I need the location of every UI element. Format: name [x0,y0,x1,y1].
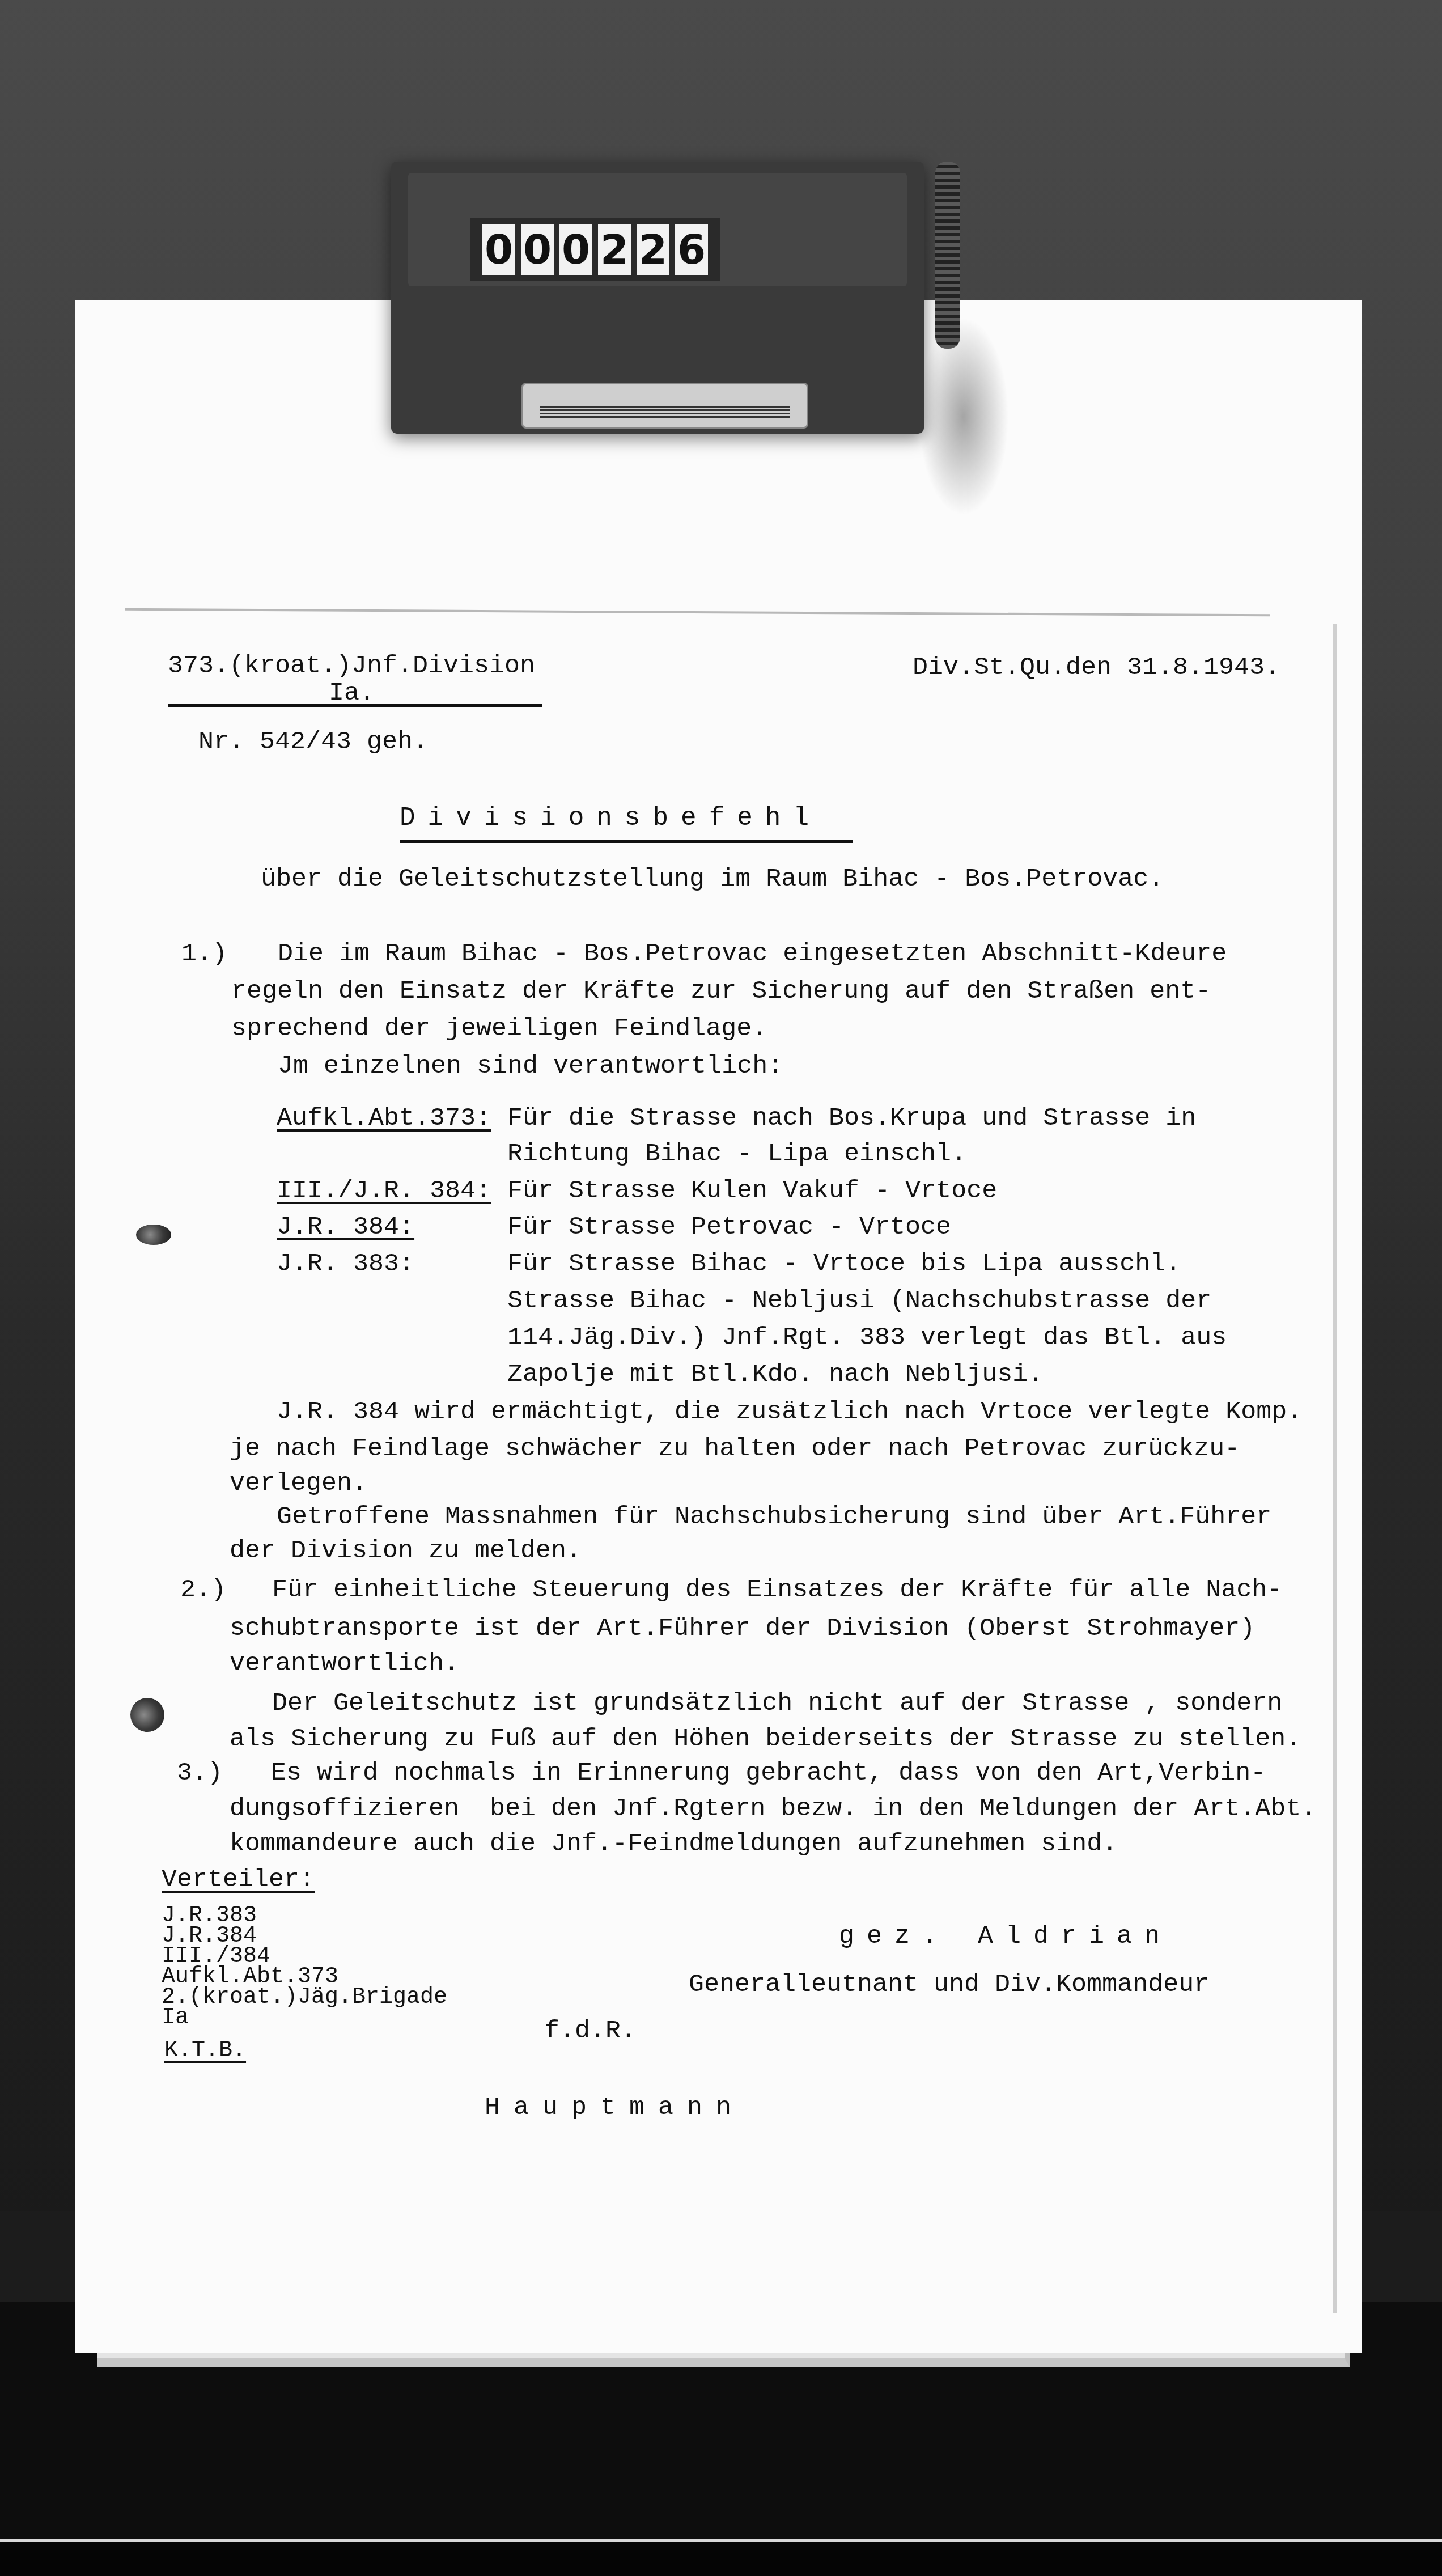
section-number: 2.) [180,1577,226,1603]
body-line: Die im Raum Bihac - Bos.Petrovac eingese… [278,941,1227,967]
responsibility-text: Für Strasse Petrovac - Vrtoce [507,1214,951,1240]
responsibility-text: Zapolje mit Btl.Kdo. nach Nebljusi. [507,1362,1043,1387]
responsibility-text: 114.Jäg.Div.) Jnf.Rgt. 383 verlegt das B… [507,1325,1227,1350]
counter-digit: 6 [675,224,708,275]
body-line: sprechend der jeweiligen Feindlage. [231,1016,767,1041]
responsibility-unit: Aufkl.Abt.373: [277,1105,491,1131]
counter-digit: 2 [598,224,631,275]
responsibility-text: Für Strasse Bihac - Vrtoce bis Lipa auss… [507,1251,1181,1277]
counter-digit: 0 [482,224,515,275]
body-line: Jm einzelnen sind verantwortlich: [278,1053,783,1079]
place-date: Div.St.Qu.den 31.8.1943. [913,655,1280,680]
responsibility-unit: III./J.R. 384: [277,1178,491,1204]
responsibility-text: Für Strasse Kulen Vakuf - Vrtoce [507,1178,997,1204]
film-border [0,2542,1442,2576]
frame-counter: 0 0 0 2 2 6 [391,162,924,434]
punch-hole-icon [136,1225,171,1245]
section-number: 3.) [177,1760,223,1786]
responsibility-text: Für die Strasse nach Bos.Krupa und Stras… [507,1105,1196,1131]
distribution-label: Verteiler: [162,1867,315,1892]
distribution-recipient: Ia [162,2008,189,2028]
smudge [918,317,1009,516]
nameplate-text-lines [540,406,790,418]
responsibility-text: Strasse Bihac - Nebljusi (Nachschubstras… [507,1288,1211,1314]
body-line: Getroffene Massnahmen für Nachschubsiche… [277,1504,1271,1529]
body-line: schubtransporte ist der Art.Führer der D… [230,1616,1255,1641]
body-line: als Sicherung zu Fuß auf den Höhen beide… [230,1726,1301,1752]
counter-digit: 0 [521,224,554,275]
section-number: 1.) [181,941,227,967]
header-rule [168,704,542,707]
counter-nameplate [521,383,808,429]
counter-digit: 2 [637,224,669,275]
body-line: dungsoffizieren bei den Jnf.Rgtern bezw.… [230,1796,1316,1821]
section-code: Ia. [329,680,375,706]
counter-display: 0 0 0 2 2 6 [470,218,720,281]
unit-name: 373.(kroat.)Jnf.Division [168,653,535,679]
responsibility-unit: J.R. 383: [277,1251,414,1277]
document-title: Divisionsbefehl [400,805,821,831]
body-line: der Division zu melden. [230,1538,582,1564]
body-line: Es wird nochmals in Erinnerung gebracht,… [271,1760,1266,1786]
body-line: J.R. 384 wird ermächtigt, die zusätzlich… [277,1399,1302,1425]
signature-name: gez. Aldrian [839,1923,1172,1949]
reference-number: Nr. 542/43 geh. [198,729,428,755]
fdr-mark: f.d.R. [544,2018,636,2044]
body-line: Der Geleitschutz ist grundsätzlich nicht… [272,1690,1282,1716]
distribution-recipient: 2.(kroat.)Jäg.Brigade [162,1988,447,2008]
responsibility-text: Richtung Bihac - Lipa einschl. [507,1141,966,1167]
counter-digit: 0 [559,224,592,275]
body-line: Für einheitliche Steuerung des Einsatzes… [272,1577,1282,1603]
punch-hole-icon [130,1698,164,1732]
body-line: verlegen. [230,1471,367,1496]
distribution-ktb: K.T.B. [164,2041,246,2061]
page-edge-right [1333,624,1337,2313]
signature-rank: Generalleutnant und Div.Kommandeur [689,1972,1209,1997]
body-line: je nach Feindlage schwächer zu halten od… [230,1436,1240,1461]
body-line: verantwortlich. [230,1651,459,1676]
certifier-rank: Hauptmann [485,2095,745,2120]
body-line: regeln den Einsatz der Kräfte zur Sicher… [231,978,1211,1004]
responsibility-unit: J.R. 384: [277,1214,414,1240]
document-subtitle: über die Geleitschutzstellung im Raum Bi… [261,866,1164,892]
body-line: kommandeure auch die Jnf.-Feindmeldungen… [230,1831,1117,1857]
title-rule [400,840,853,843]
